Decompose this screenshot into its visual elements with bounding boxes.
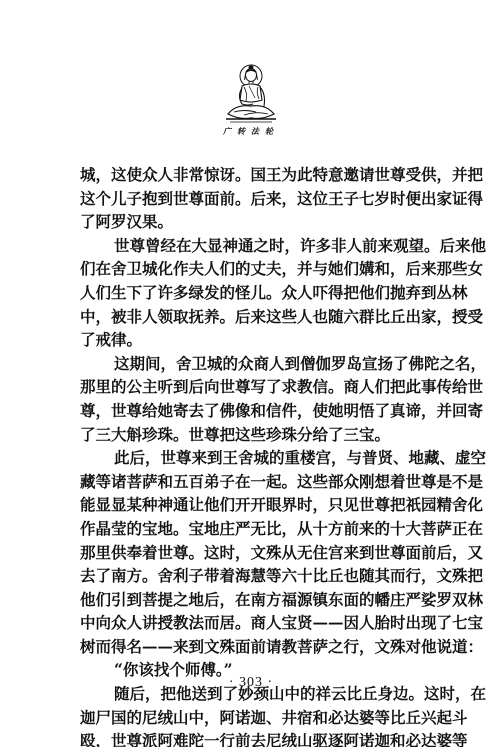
text-line: 殴，世尊派阿难陀一行前去尼绒山驱逐阿诺迦和必达婆等 xyxy=(80,729,438,747)
text-line: 作晶莹的宝地。宝地庄严无比，从十方前来的十大菩萨正在 xyxy=(80,517,438,541)
text-line: 中，被非人领取抚养。后来这些人也随六群比丘出家，授受 xyxy=(80,305,438,329)
body-text: 城，这使众人非常惊讶。国王为此特意邀请世尊受供，并把这个儿子抱到世尊面前。后来，… xyxy=(80,163,438,747)
page-number: · 303 · xyxy=(0,675,502,691)
seated-buddha-icon xyxy=(222,62,280,124)
text-line: 那里供奉着世尊。这时，文殊从无住宫来到世尊面前后，又 xyxy=(80,541,438,565)
text-line: 藏等诸菩萨和五百弟子在一起。这些部众刚想着世尊是不是 xyxy=(80,470,438,494)
text-line: 树而得名——来到文殊面前请教菩萨之行，文殊对他说道： xyxy=(80,635,438,659)
header-caption: 广转法轮 xyxy=(0,126,502,137)
text-line: 迦尸国的尼绒山中，阿诺迦、井宿和必达婆等比丘兴起斗 xyxy=(80,706,438,730)
text-line: 人们生下了许多绿发的怪儿。众人吓得把他们抛弃到丛林 xyxy=(80,281,438,305)
text-line: 他们引到菩提之地后，在南方福源镇东面的幡庄严娑罗双林 xyxy=(80,588,438,612)
text-line: 这期间，舍卫城的众商人到僧伽罗岛宣扬了佛陀之名， xyxy=(80,352,438,376)
text-line: 中向众人讲授教法而居。商人宝贤——因人胎时出现了七宝 xyxy=(80,611,438,635)
text-line: 了三大斛珍珠。世尊把这些珍珠分给了三宝。 xyxy=(80,423,438,447)
text-line: 去了南方。舍利子带着海慧等六十比丘也随其而行，文殊把 xyxy=(80,564,438,588)
text-line: 那里的公主听到后向世尊写了求教信。商人们把此事传给世 xyxy=(80,375,438,399)
text-line: 能显显某种神通让他们开开眼界时，只见世尊把祇园精舍化 xyxy=(80,493,438,517)
text-line: 世尊曾经在大显神通之时，许多非人前来观望。后来他 xyxy=(80,234,438,258)
text-line: 城，这使众人非常惊讶。国王为此特意邀请世尊受供，并把 xyxy=(80,163,438,187)
text-line: 尊，世尊给她寄去了佛像和信件，使她明悟了真谛，并回寄 xyxy=(80,399,438,423)
text-line: 了戒律。 xyxy=(80,328,438,352)
text-line: 此后，世尊来到王舍城的重楼宫，与普贤、地藏、虚空 xyxy=(80,446,438,470)
text-line: 这个儿子抱到世尊面前。后来，这位王子七岁时便出家证得 xyxy=(80,187,438,211)
text-line: 们在舍卫城化作夫人们的丈夫，并与她们媾和，后来那些女 xyxy=(80,257,438,281)
text-line: 了阿罗汉果。 xyxy=(80,210,438,234)
